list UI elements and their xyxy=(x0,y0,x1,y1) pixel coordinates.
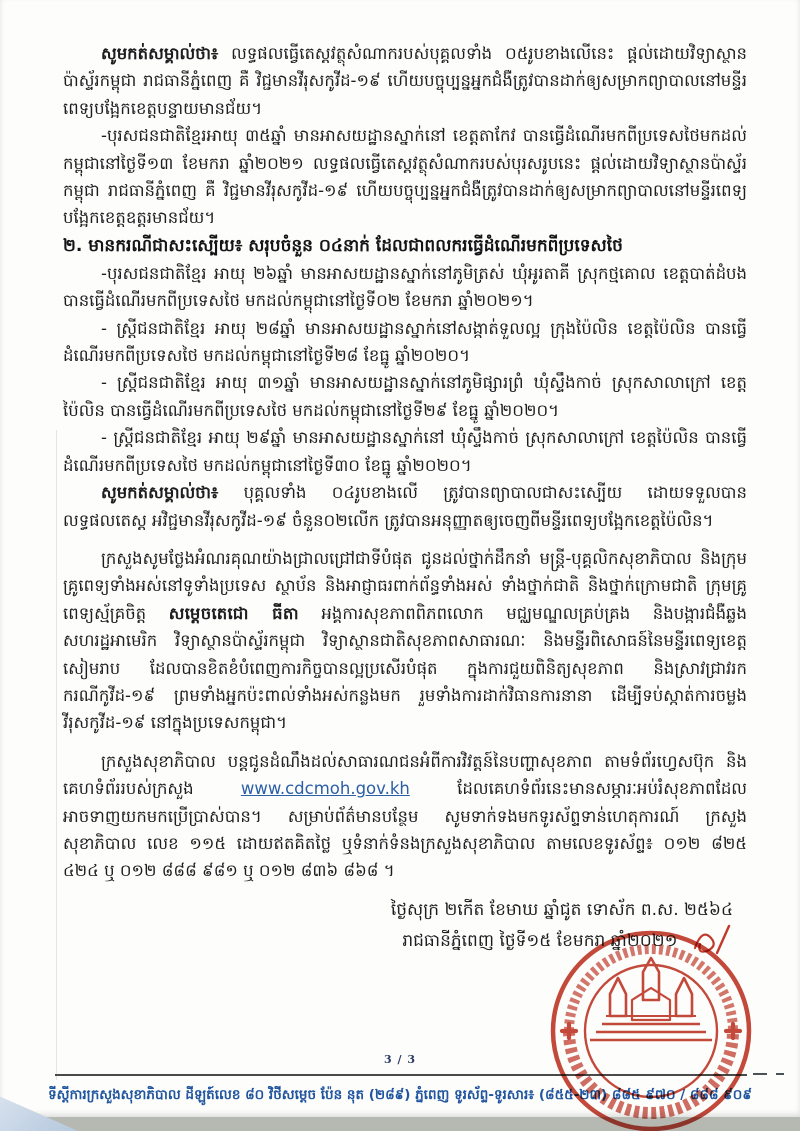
recovered-case-bullet: - ស្ត្រីជនជាតិខ្មែរ អាយុ ៣១ឆ្នាំ មានអាសយ… xyxy=(63,369,747,424)
stamp-ring-text-top xyxy=(569,949,733,1031)
angkor-wat-icon xyxy=(590,958,712,1040)
section-2-heading: ២. មានករណីជាសះស្បើយ៖ សរុបចំនួន ០៤នាក់ ដែ… xyxy=(63,232,747,260)
public-info-paragraph: ក្រសួងសុខាភិបាល បន្តជូនដំណឹងដល់សាធារណជនអ… xyxy=(63,748,747,885)
recovered-case-bullet: - ស្ត្រីជនជាតិខ្មែរ អាយុ ២៨ឆ្នាំ មានអាសយ… xyxy=(63,315,747,370)
note-lead: សូមកត់សម្គាល់ថា៖ xyxy=(101,483,218,502)
cdcmoh-website-link[interactable]: www.cdcmoh.gov.kh xyxy=(241,779,410,798)
document-body: សូមកត់សម្គាល់ថា៖ លទ្ធផលធ្វើតេស្តវត្ថុសំណ… xyxy=(63,40,747,957)
recovered-case-bullet: - ស្ត្រីជនជាតិខ្មែរ អាយុ ២៩ឆ្នាំ មានអាសយ… xyxy=(63,424,747,479)
recovered-case-bullet: -បុរសជនជាតិខ្មែរ អាយុ ២៦ឆ្នាំ មានអាសយដ្ឋ… xyxy=(63,260,747,315)
scanned-document-page: { "doc": { "note1": { "lead": "សូមកត់សម្… xyxy=(0,0,800,1131)
note-paragraph-recovered: សូមកត់សម្គាល់ថា៖ បុគ្គលទាំង ០៤រូបខាងលើ ត… xyxy=(63,479,747,534)
acknowledgement-paragraph: ក្រសួងសូមថ្លែងអំណរគុណយ៉ាងជ្រាលជ្រៅជាទីបំ… xyxy=(63,545,747,737)
samdech-techo-thyda-name: សម្ដេចតេជោ ធីតា xyxy=(169,604,299,623)
lunar-date-line: ថ្ងៃសុក្រ ២កើត ខែមាឃ ឆ្នាំជូត ទោស័ក ព.ស.… xyxy=(391,895,733,926)
scan-fold-line xyxy=(56,430,57,1080)
note-lead: សូមកត់សម្គាល់ថា៖ xyxy=(101,44,218,63)
footer-divider-dash xyxy=(753,1073,767,1075)
note-paragraph-positive-cases: សូមកត់សម្គាល់ថា៖ លទ្ធផលធ្វើតេស្តវត្ថុសំណ… xyxy=(63,40,747,122)
case-paragraph-takeo-man: -បុរសជនជាតិខ្មែរអាយុ ៣៥ឆ្នាំ មានអាសយដ្ឋា… xyxy=(63,122,747,232)
footer-divider-dash xyxy=(776,1073,784,1075)
acknowledgement-text: អង្គការសុខភាពពិភពលោក មជ្ឈមណ្ឌលគ្រប់គ្រង … xyxy=(63,604,747,733)
stamp-ring-text-bottom xyxy=(569,1031,733,1113)
official-red-stamp xyxy=(548,928,754,1131)
